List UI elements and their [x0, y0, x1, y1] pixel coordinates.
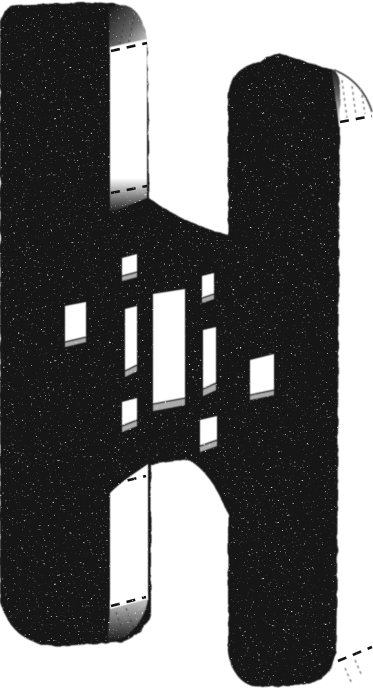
- halftone-noise-overlay: [0, 0, 373, 690]
- figure-3d-h-part: [0, 0, 373, 690]
- h-part-render: [0, 0, 373, 690]
